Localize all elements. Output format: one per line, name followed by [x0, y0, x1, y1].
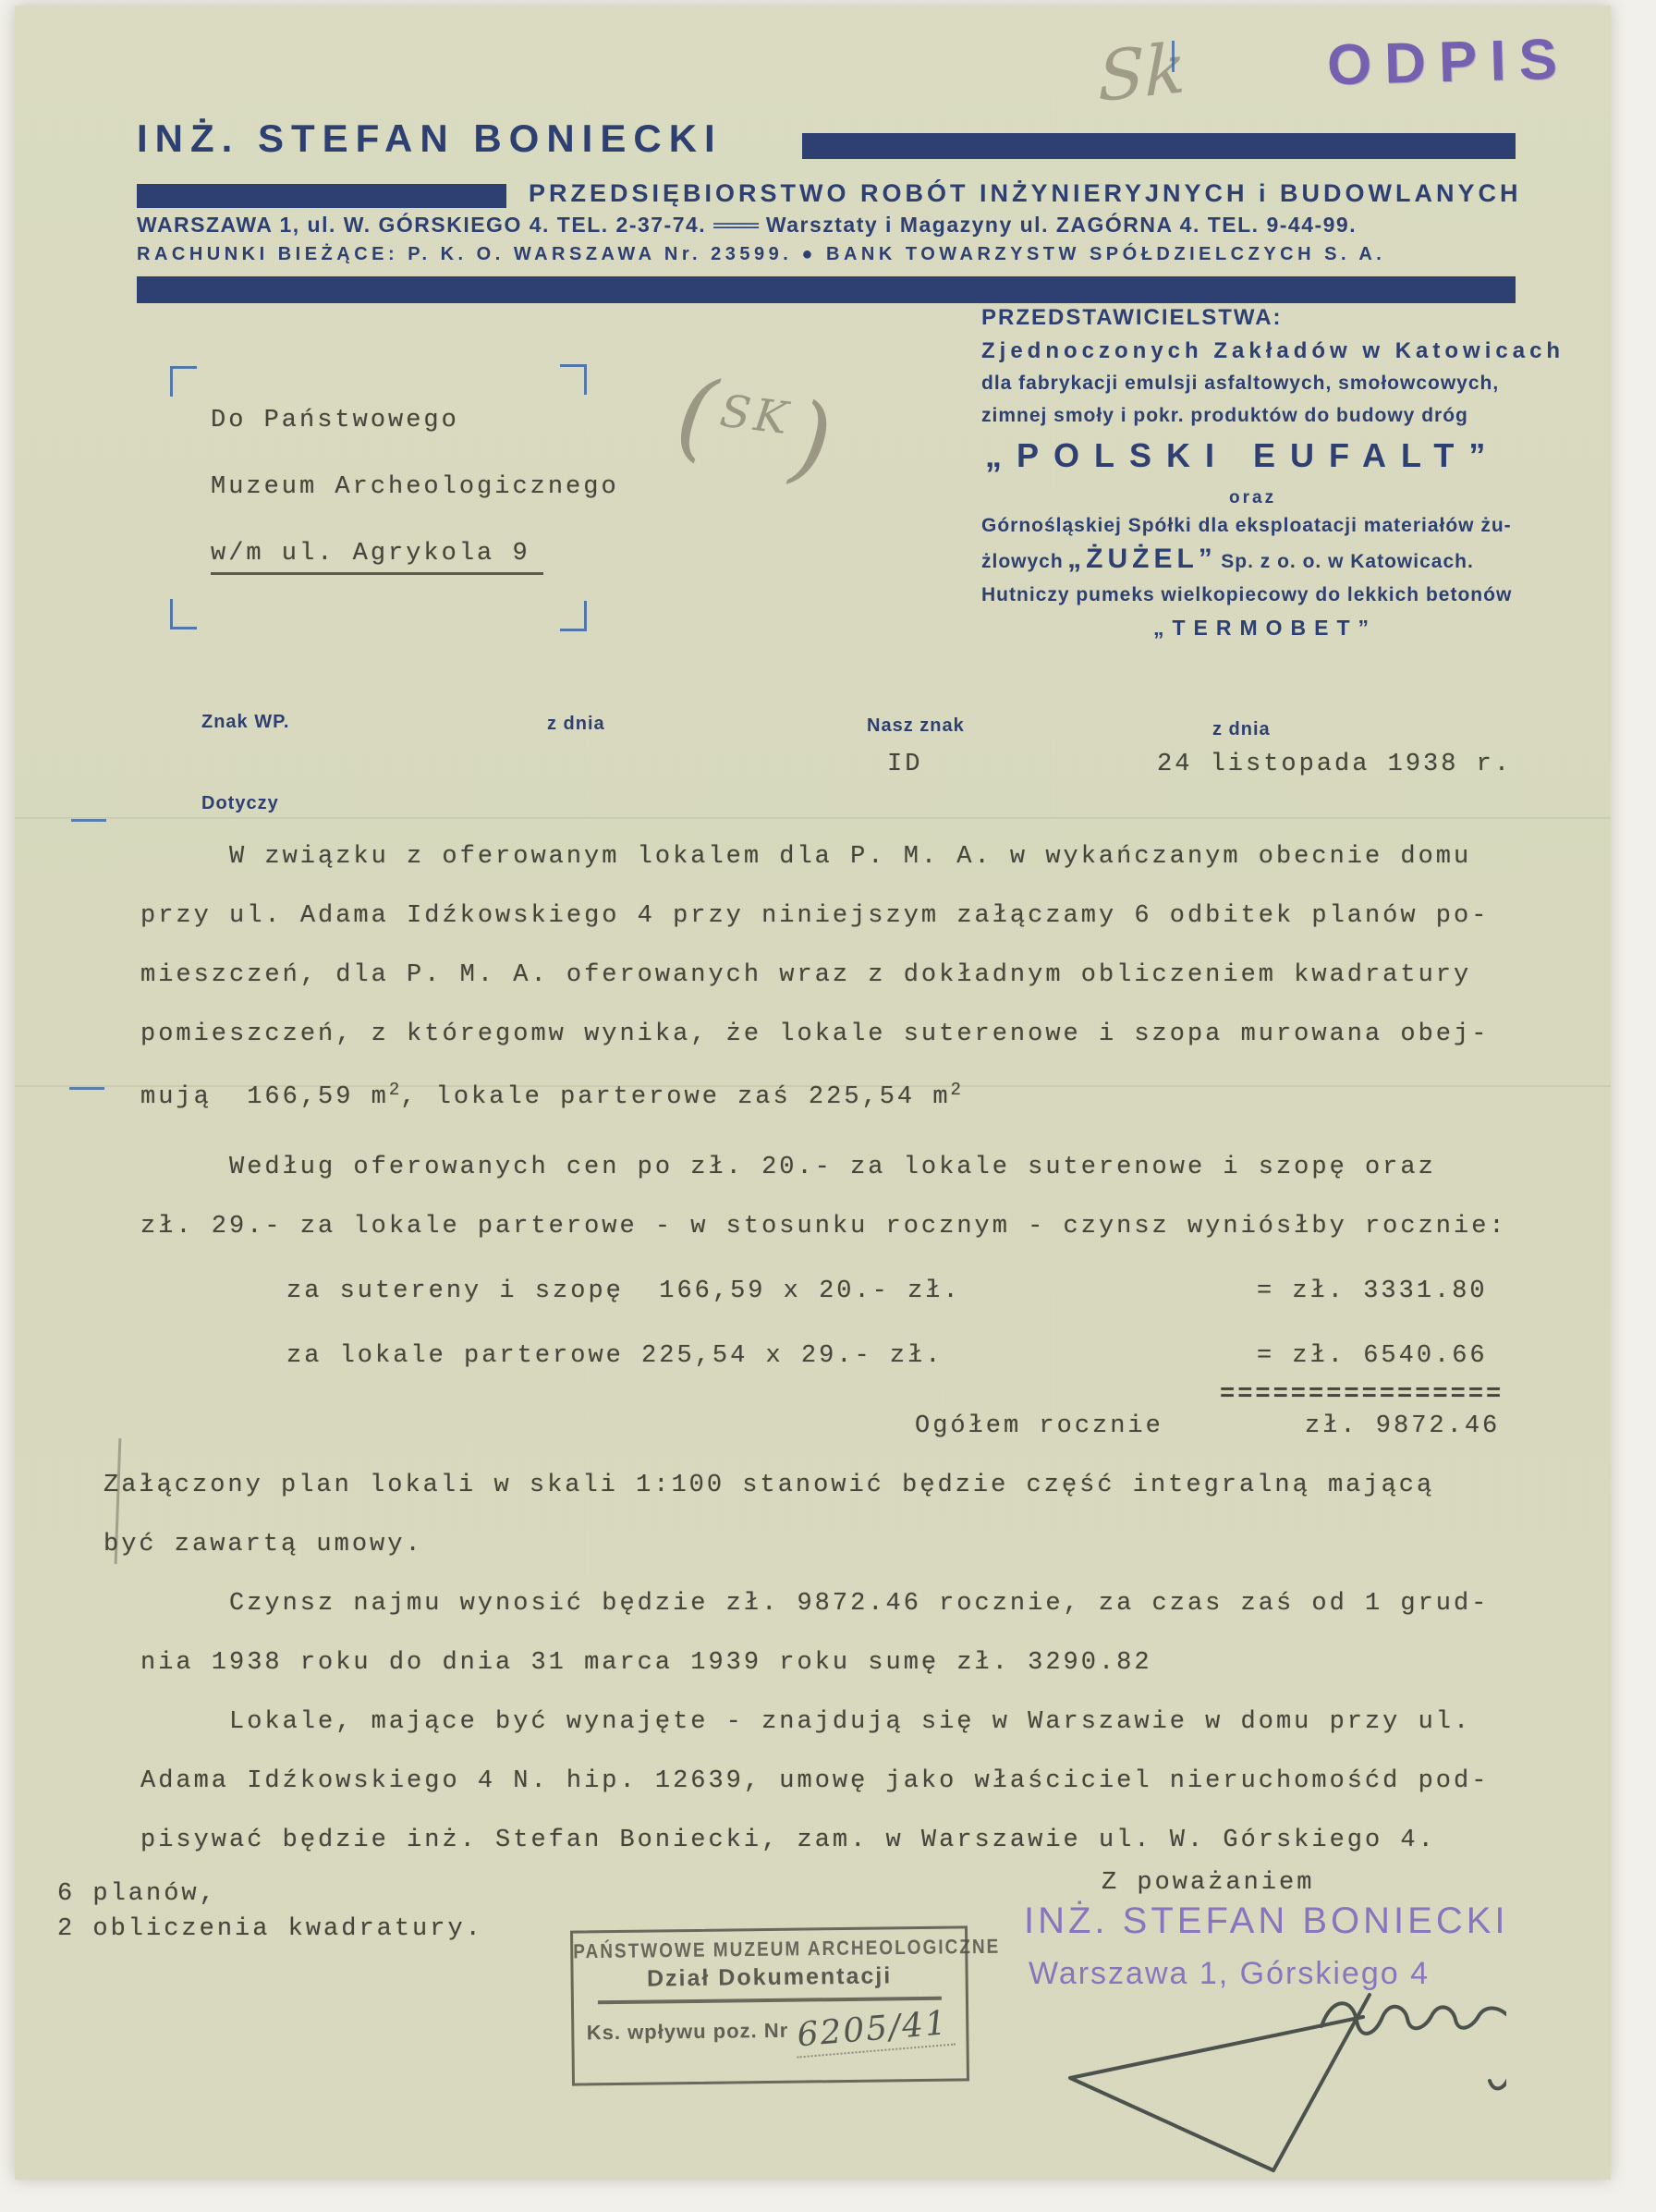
museum-stamp-register-number: 6205/41 — [794, 2004, 956, 2059]
closing-salutation: Z poważaniem — [1102, 1869, 1314, 1897]
body-line: Czynsz najmu wynosić będzie zł. 9872.46 … — [229, 1590, 1489, 1618]
area-text: mują 166,59 m — [140, 1083, 389, 1111]
crop-mark-top-right-icon — [560, 364, 587, 395]
label-z-dnia-2: z dnia — [1212, 719, 1271, 740]
enclosure-line: 6 planów, — [57, 1880, 217, 1908]
calc-total-value: zł. 9872.46 — [1305, 1412, 1500, 1440]
superscript-2: 2 — [389, 1080, 400, 1100]
pencil-sk-text: SK — [717, 385, 794, 446]
museum-stamp-department: Dział Dokumentacji — [573, 1961, 965, 1993]
letterhead-rule-thick — [137, 276, 1516, 303]
company-accounts-line: RACHUNKI BIEŻĄCE: P. K. O. WARSZAWA Nr. … — [137, 244, 1385, 265]
brand-termobet: „TERMOBET” — [1153, 616, 1377, 641]
pencil-note-sk-parens: ( SK ) — [670, 357, 839, 497]
body-line-areas: mują 166,59 m2, lokale parterowe zaś 225… — [140, 1080, 962, 1111]
address-warsaw: WARSZAWA 1, ul. W. GÓRSKIEGO 4. TEL. 2-3… — [137, 213, 706, 237]
paper-crease — [15, 817, 1611, 819]
calc-row-value: = zł. 3331.80 — [1257, 1277, 1488, 1305]
label-z-dnia-1: z dnia — [547, 714, 605, 735]
letterhead-rule-left — [137, 184, 506, 208]
body-line: W związku z oferowanym lokalem dla P. M.… — [229, 843, 1471, 871]
calc-row-label: za lokale parterowe 225,54 x 29.- zł. — [286, 1342, 944, 1370]
letter-date: 24 listopada 1938 r. — [1157, 751, 1512, 778]
museum-stamp-register-label: Ks. wpływu poz. Nr — [587, 2019, 789, 2045]
calc-row-value: = zł. 6540.66 — [1257, 1342, 1488, 1370]
body-line: Załączony plan lokali w skali 1:100 stan… — [103, 1472, 1434, 1499]
representations-line: Zjednoczonych Zakładów w Katowicach — [981, 338, 1565, 364]
label-znak-wp: Znak WP. — [201, 712, 289, 733]
body-line: zł. 29.- za lokale parterowe - w stosunk… — [140, 1213, 1507, 1240]
brand-polski-eufalt: „POLSKI EUFALT” — [985, 436, 1500, 475]
area-text: , lokale parterowe zaś 225,54 m — [400, 1083, 950, 1111]
nasz-znak-value: ID — [887, 751, 922, 778]
letterhead-rule-top — [802, 133, 1516, 159]
crop-mark-bottom-left-icon — [170, 599, 197, 629]
museum-stamp-register: Ks. wpływu poz. Nr 6205/41 — [574, 2005, 967, 2051]
zuzel-prefix: żlowych — [981, 551, 1064, 572]
address-workshops: Warsztaty i Magazyny ul. ZAGÓRNA 4. TEL.… — [766, 213, 1357, 237]
body-line: być zawartą umowy. — [103, 1531, 423, 1558]
company-name: INŻ. STEFAN BONIECKI — [137, 116, 723, 161]
enclosure-line: 2 obliczenia kwadratury. — [57, 1915, 483, 1943]
label-dotyczy: Dotyczy — [201, 793, 279, 814]
crop-mark-top-left-icon — [170, 366, 197, 397]
body-line: Według oferowanych cen po zł. 20.- za lo… — [229, 1154, 1436, 1181]
superscript-2: 2 — [951, 1080, 962, 1100]
calc-total-label: Ogółem rocznie — [915, 1412, 1163, 1440]
blue-pen-mark — [1172, 41, 1175, 72]
museum-stamp-title: PAŃSTWOWE MUZEUM ARCHEOLOGICZNE — [573, 1937, 965, 1964]
company-subtitle: PRZEDSIĘBIORSTWO ROBÓT INŻYNIERYJNYCH i … — [529, 179, 1522, 208]
company-address-line: WARSZAWA 1, ul. W. GÓRSKIEGO 4. TEL. 2-3… — [137, 213, 1357, 238]
recipient-line-underlined: w/m ul. Agrykola 9 — [211, 540, 543, 575]
representations-oraz: oraz — [1229, 488, 1276, 508]
representations-line: Górnośląskiej Spółki dla eksploatacji ma… — [981, 515, 1512, 537]
body-line: przy ul. Adama Idźkowskiego 4 przy ninie… — [140, 902, 1489, 930]
museum-stamp-rule — [598, 1997, 942, 2005]
body-line: mieszczeń, dla P. M. A. oferowanych wraz… — [140, 961, 1471, 989]
label-nasz-znak: Nasz znak — [867, 715, 965, 737]
handwritten-signature — [1044, 1969, 1506, 2181]
blue-margin-dash — [69, 1087, 104, 1090]
representations-line-zuzel: żlowych „ŻUŻEL” Sp. z o. o. w Katowicach… — [981, 544, 1474, 575]
crop-mark-bottom-right-icon — [560, 601, 587, 631]
body-line: Adama Idźkowskiego 4 N. hip. 12639, umow… — [140, 1767, 1489, 1795]
blue-margin-dash — [71, 819, 106, 822]
odpis-stamp: ODPIS — [1326, 27, 1571, 99]
recipient-line: Muzeum Archeologicznego — [211, 473, 619, 501]
signer-name-stamp: INŻ. STEFAN BONIECKI — [1024, 1900, 1509, 1942]
representations-heading: PRZEDSTAWICIELSTWA: — [981, 305, 1283, 331]
scanned-letter-page: Sk ODPIS INŻ. STEFAN BONIECKI PRZEDSIĘBI… — [0, 0, 1656, 2212]
calc-row-label: za sutereny i szopę 166,59 x 20.- zł. — [286, 1277, 961, 1305]
representations-line: dla fabrykacji emulsji asfaltowych, smoł… — [981, 373, 1499, 395]
museum-receipt-stamp: PAŃSTWOWE MUZEUM ARCHEOLOGICZNE Dział Do… — [570, 1925, 969, 2085]
calc-separator: ================ — [1220, 1381, 1504, 1409]
brand-zuzel: „ŻUŻEL” — [1067, 544, 1217, 574]
body-line: pomieszczeń, z któregomw wynika, że loka… — [140, 1020, 1489, 1048]
recipient-line: Do Państwowego — [211, 407, 459, 434]
representations-line: zimnej smoły i pokr. produktów do budowy… — [981, 405, 1468, 427]
representations-line: Hutniczy pumeks wielkopiecowy do lekkich… — [981, 584, 1512, 606]
body-line: nia 1938 roku do dnia 31 marca 1939 roku… — [140, 1649, 1152, 1677]
zuzel-suffix: Sp. z o. o. w Katowicach. — [1221, 551, 1474, 572]
body-line: Lokale, mające być wynajęte - znajdują s… — [229, 1708, 1471, 1736]
body-line: pisywać będzie inż. Stefan Boniecki, zam… — [140, 1827, 1436, 1854]
double-line-separator-icon: ═══ — [713, 213, 759, 237]
